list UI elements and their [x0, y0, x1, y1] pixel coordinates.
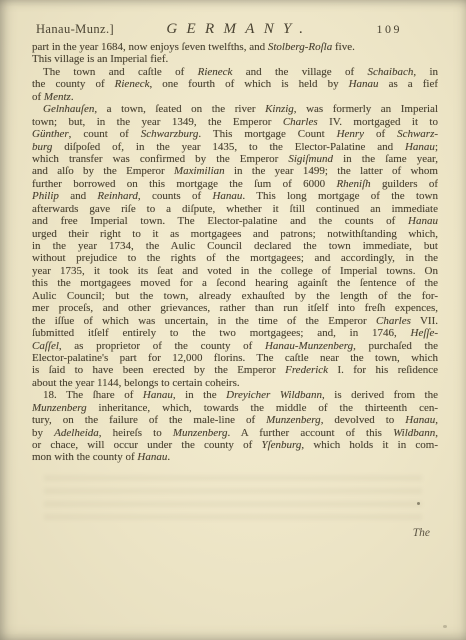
text-line: further borrowed on this mortgage the ſu… [32, 178, 438, 190]
text-line: burg diſpoſed of, in the year 1435, to t… [32, 141, 438, 153]
running-head: Hanau-Munz.] GERMANY. 109 [32, 20, 438, 37]
text-line: 18. The ſhare of Hanau, in the Dreyicher… [32, 389, 438, 401]
text-line: the iſſue of which was uncertain, in the… [32, 315, 438, 327]
text-line: is ſaid to have been erected by the Empe… [32, 364, 438, 376]
text-line: and alſo by the Emperor Maximilian in th… [32, 165, 438, 177]
text-line: urged their right to it as mortgagees an… [32, 228, 438, 240]
text-line: Günther, count of Schwarzburg. This mort… [32, 128, 438, 140]
text-line: or chace, will occur under the county of… [32, 439, 438, 451]
text-line: of Mentz. [32, 91, 438, 103]
running-head-title: GERMANY. [166, 21, 312, 38]
text-line: Gelnhauſen, a town, ſeated on the river … [32, 103, 438, 115]
text-line: about the year 1144, belongs to certain … [32, 377, 438, 389]
page-body: part in the year 1684, now enjoys ſeven … [32, 41, 438, 464]
verso-show-through [44, 468, 422, 520]
text-line: this the mortgagees moved for a ſecond h… [32, 277, 438, 289]
catchword: The [413, 527, 430, 539]
text-line: without prejudice to the rights of the m… [32, 252, 438, 264]
text-line: tury, on the failure of the male-line of… [32, 414, 438, 426]
text-line: Munzenberg inheritance, which, towards t… [32, 402, 438, 414]
text-line: mer proceſs, and other grievances, rathe… [32, 302, 438, 314]
ink-speck [443, 625, 447, 628]
text-line: part in the year 1684, now enjoys ſeven … [32, 41, 438, 53]
ink-speck [417, 502, 420, 505]
text-line: Aulic Council; but the town, already exh… [32, 290, 438, 302]
text-line: Philip and Reinhard, counts of Hanau. Th… [32, 190, 438, 202]
text-line: by Adelheida, heireſs to Munzenberg. A f… [32, 427, 438, 439]
text-line: This village is an Imperial fief. [32, 53, 438, 65]
text-line: and free Imperial town. The Elector-pala… [32, 215, 438, 227]
running-head-section: Hanau-Munz.] [36, 22, 114, 37]
text-line: afterwards gave riſe to a diſpute, wheth… [32, 203, 438, 215]
text-line: ſubmitted itſelf entirely to the two mor… [32, 327, 438, 339]
text-line: year 1735, it took its ſeat and voted in… [32, 265, 438, 277]
text-line: which transfer was confirmed by the Empe… [32, 153, 438, 165]
text-line: mon with the county of Hanau. [32, 451, 438, 463]
text-line: in the year 1734, the Aulic Council decl… [32, 240, 438, 252]
text-line: Elector-palatine's part for 12,000 flori… [32, 352, 438, 364]
book-page: Hanau-Munz.] GERMANY. 109 part in the ye… [0, 0, 466, 640]
text-line: town; but, in the year 1349, the Emperor… [32, 116, 438, 128]
text-line: The town and caſtle of Rieneck and the v… [32, 66, 438, 78]
text-line: the county of Rieneck, one fourth of whi… [32, 78, 438, 90]
text-line: Caſſel, as proprietor of the county of H… [32, 340, 438, 352]
page-number: 109 [377, 22, 403, 37]
